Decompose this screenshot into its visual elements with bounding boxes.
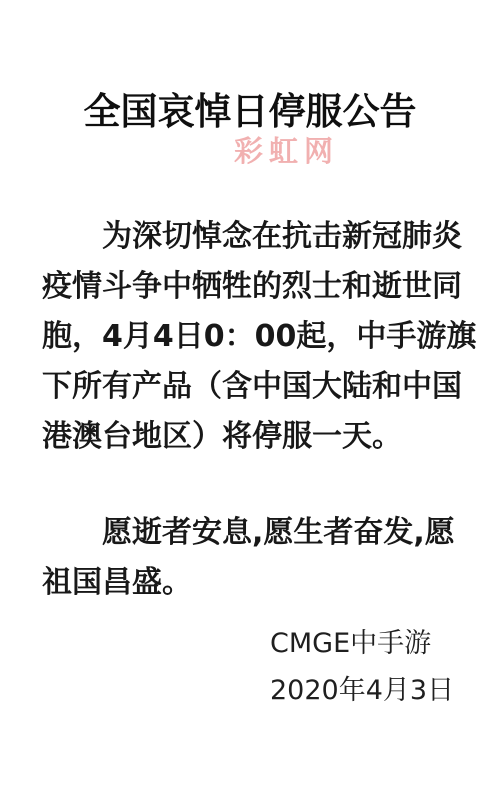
text-line: 胞，4月4日0：00起，中手游旗 — [42, 312, 462, 362]
text-line: 为深切悼念在抗击新冠肺炎 — [42, 212, 462, 262]
paragraph-suspension-notice: 为深切悼念在抗击新冠肺炎 疫情斗争中牺牲的烈士和逝世同 胞，4月4日0：00起，… — [42, 212, 462, 462]
announcement-body: 为深切悼念在抗击新冠肺炎 疫情斗争中牺牲的烈士和逝世同 胞，4月4日0：00起，… — [42, 212, 462, 608]
paragraph-wishes: 愿逝者安息,愿生者奋发,愿 祖国昌盛。 — [42, 508, 462, 608]
signature-block: CMGE中手游 2020年4月3日 — [270, 620, 454, 714]
text-line: 祖国昌盛。 — [42, 558, 462, 608]
text-line: 港澳台地区）将停服一天。 — [42, 412, 462, 462]
signature-company: CMGE中手游 — [270, 620, 454, 667]
text-line: 疫情斗争中牺牲的烈士和逝世同 — [42, 262, 462, 312]
text-line: 愿逝者安息,愿生者奋发,愿 — [42, 508, 462, 558]
signature-date: 2020年4月3日 — [270, 667, 454, 714]
site-watermark: 彩虹网 — [234, 135, 339, 167]
text-line: 下所有产品（含中国大陆和中国 — [42, 362, 462, 412]
page-title: 全国哀悼日停服公告 — [0, 90, 500, 134]
announcement-page: 全国哀悼日停服公告 彩虹网 为深切悼念在抗击新冠肺炎 疫情斗争中牺牲的烈士和逝世… — [0, 0, 500, 800]
